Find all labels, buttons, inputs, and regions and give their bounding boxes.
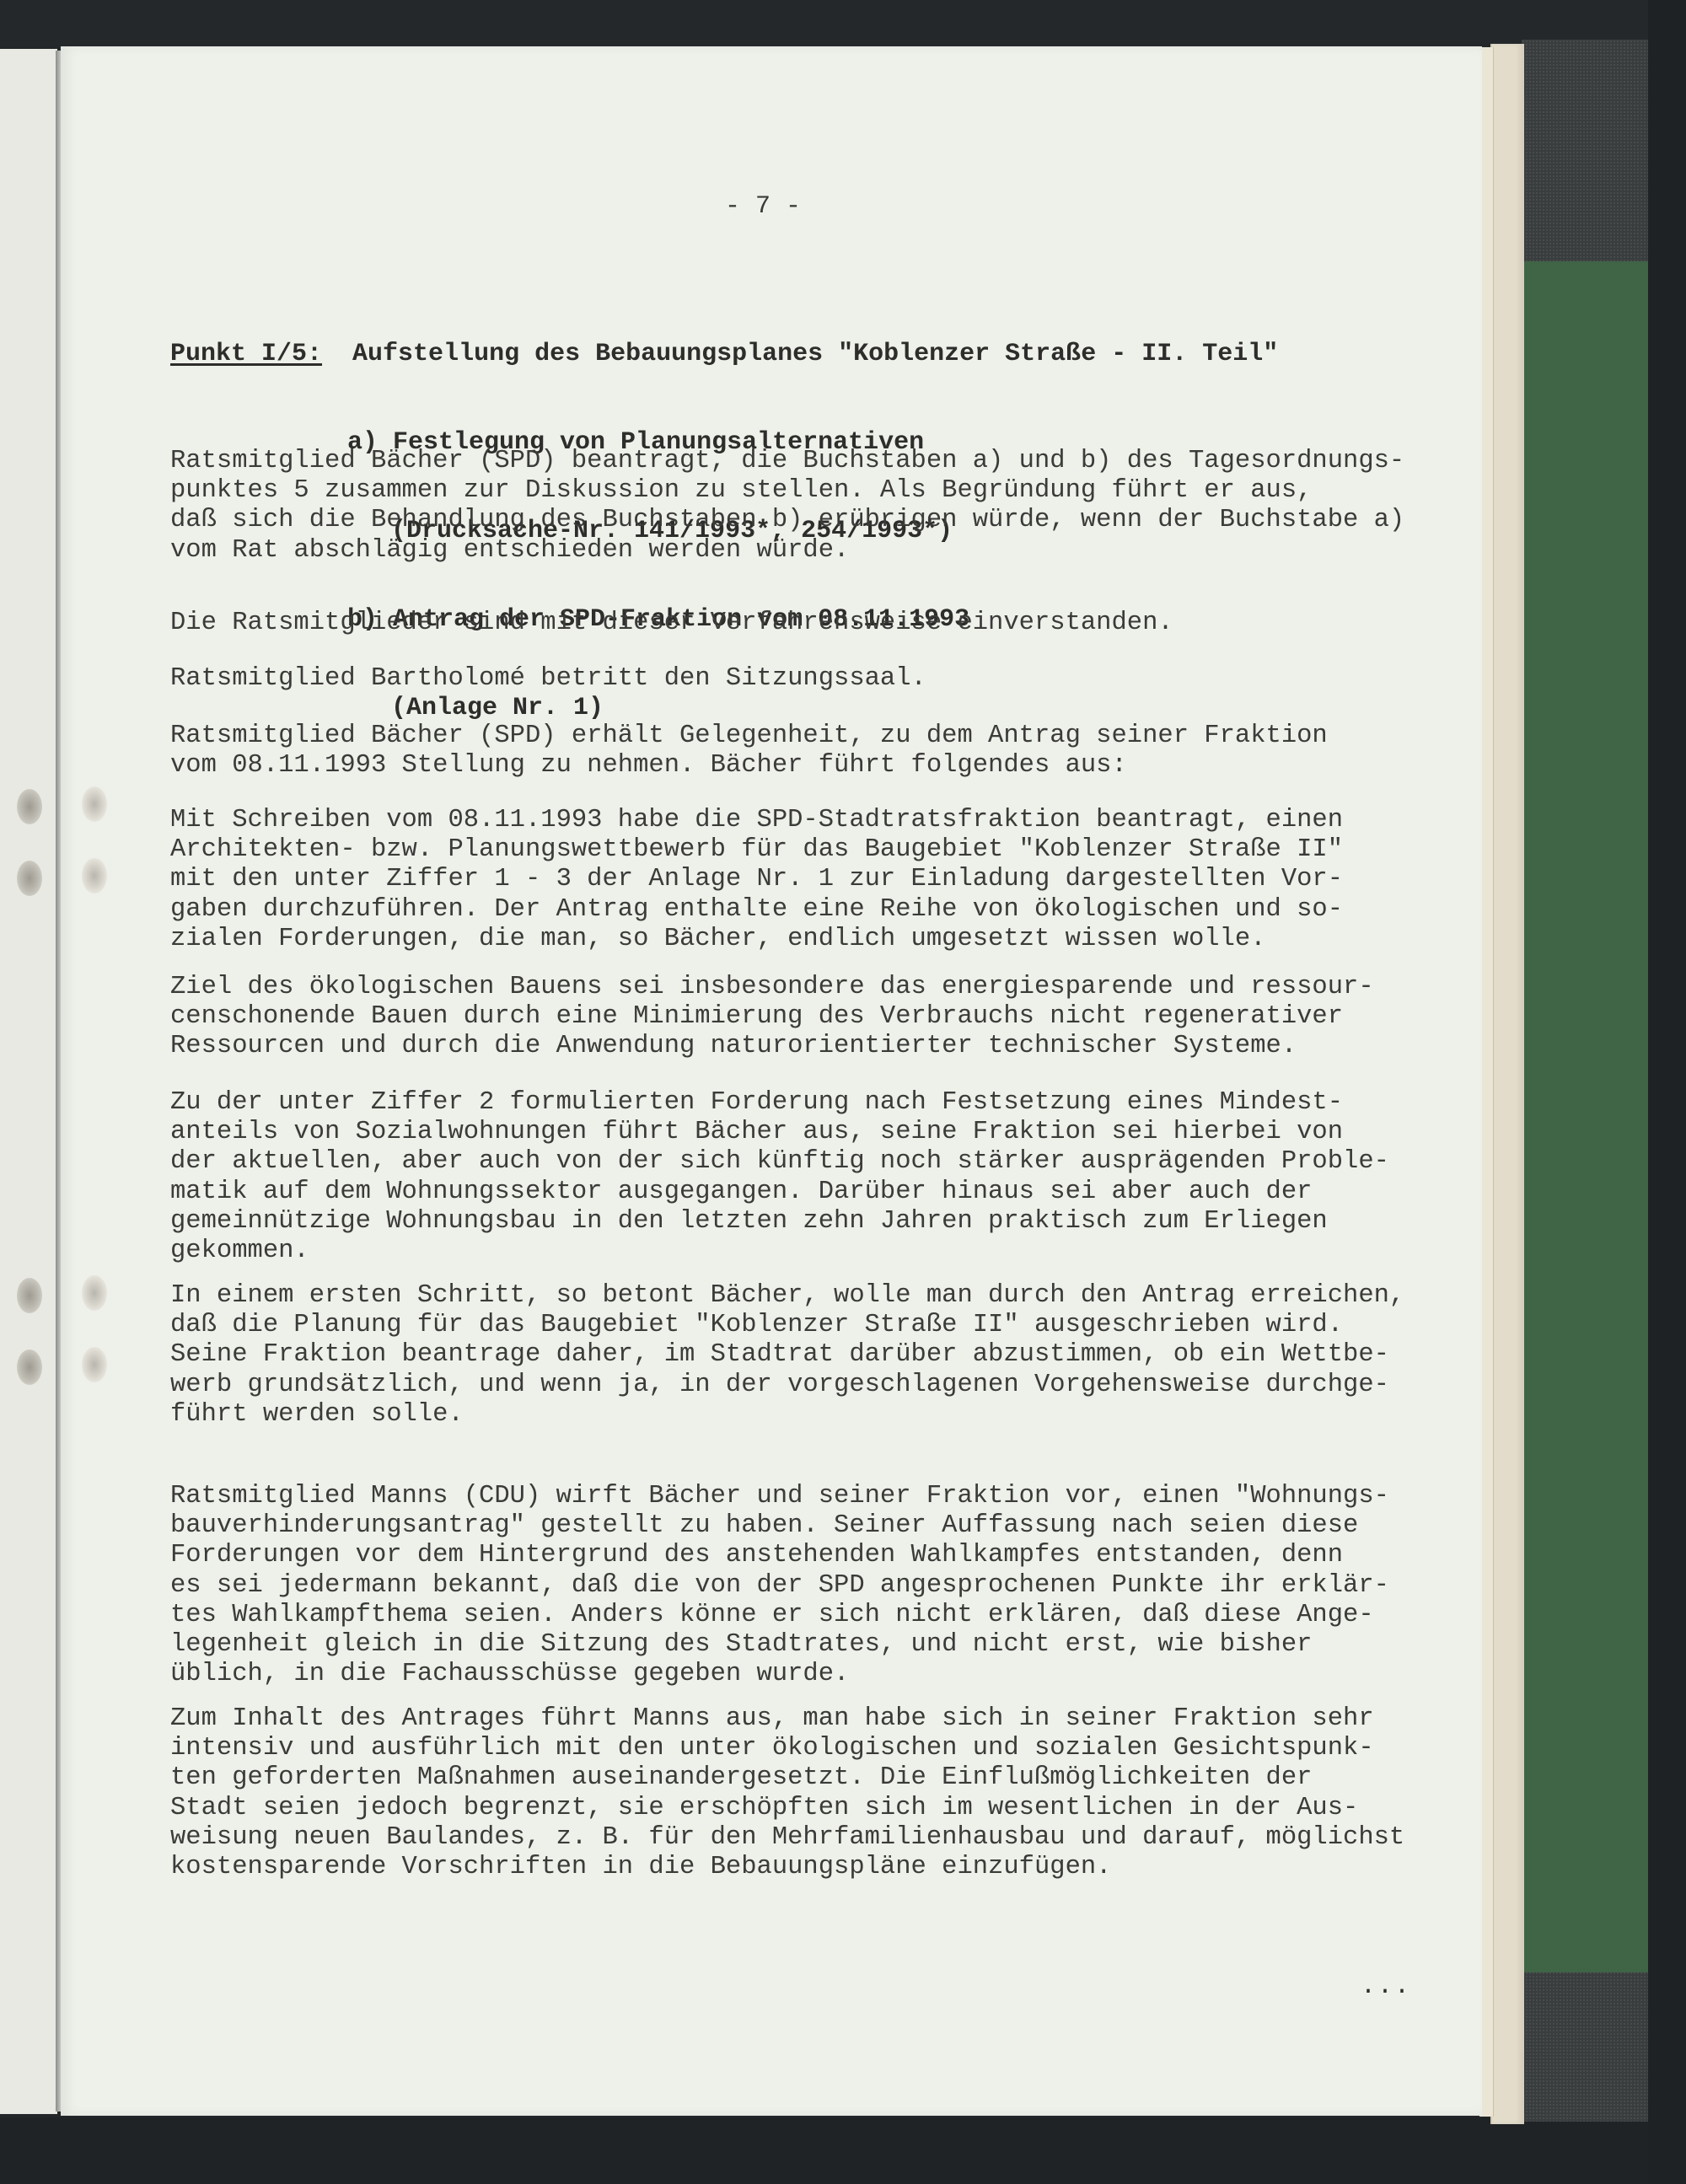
paragraph-line: punktes 5 zusammen zur Diskussion zu ste… xyxy=(170,476,1384,506)
punch-hole-icon xyxy=(82,1275,107,1311)
binder-cover-top xyxy=(0,0,1686,46)
paragraph-line: matik auf dem Wohnungssektor ausgegangen… xyxy=(170,1178,1384,1207)
paragraph: Die Ratsmitglieder sind mit dieser Verfa… xyxy=(170,609,1384,638)
paragraph-line: legenheit gleich in die Sitzung des Stad… xyxy=(170,1630,1384,1660)
binder-cover-bottom xyxy=(0,2117,1686,2184)
binder-green-cloth xyxy=(1522,261,1648,1972)
paragraph-line: Seine Fraktion beantrage daher, im Stadt… xyxy=(170,1340,1384,1370)
paragraph-line: daß die Planung für das Baugebiet "Koble… xyxy=(170,1311,1384,1340)
agenda-item-label: Punkt I/5: xyxy=(170,340,322,368)
paragraph-line: intensiv und ausführlich mit den unter ö… xyxy=(170,1734,1384,1763)
paragraph-line: In einem ersten Schritt, so betont Bäche… xyxy=(170,1281,1384,1311)
paragraph-line: mit den unter Ziffer 1 - 3 der Anlage Nr… xyxy=(170,865,1384,894)
paragraph-line: üblich, in die Fachausschüsse gegeben wu… xyxy=(170,1660,1384,1689)
paragraph: Ratsmitglied Manns (CDU) wirft Bächer un… xyxy=(170,1482,1384,1689)
punch-hole-icon xyxy=(82,858,107,893)
paragraph-line: Zu der unter Ziffer 2 formulierten Forde… xyxy=(170,1088,1384,1118)
paragraph-line: Ratsmitglied Bächer (SPD) beantragt, die… xyxy=(170,447,1384,476)
paragraph-line: weisung neuen Baulandes, z. B. für den M… xyxy=(170,1823,1384,1853)
punch-hole-icon xyxy=(17,1278,42,1313)
page-stack-edge xyxy=(1490,44,1524,2124)
paragraph: In einem ersten Schritt, so betont Bäche… xyxy=(170,1281,1384,1430)
paragraph-line: Ressourcen und durch die Anwendung natur… xyxy=(170,1032,1384,1061)
paragraph-line: kostensparende Vorschriften in die Bebau… xyxy=(170,1853,1384,1882)
paragraph-line: censchonende Bauen durch eine Minimierun… xyxy=(170,1002,1384,1032)
paragraph: Zum Inhalt des Antrages führt Manns aus,… xyxy=(170,1704,1384,1882)
paragraph-line: daß sich die Behandlung des Buchstaben b… xyxy=(170,506,1384,535)
paragraph-line: Architekten- bzw. Planungswettbewerb für… xyxy=(170,835,1384,865)
paragraph-line: führt werden solle. xyxy=(170,1400,1384,1430)
paragraph-line: Ratsmitglied Bächer (SPD) erhält Gelegen… xyxy=(170,722,1384,751)
page-number: - 7 - xyxy=(725,192,801,221)
punch-hole-icon xyxy=(82,1347,107,1382)
paragraph-line: Mit Schreiben vom 08.11.1993 habe die SP… xyxy=(170,806,1384,835)
paragraph: Zu der unter Ziffer 2 formulierten Forde… xyxy=(170,1088,1384,1266)
paragraph-line: Die Ratsmitglieder sind mit dieser Verfa… xyxy=(170,609,1384,638)
paragraph-line: vom Rat abschlägig entschieden werden wü… xyxy=(170,536,1384,566)
punch-hole-icon xyxy=(17,1350,42,1385)
agenda-item-title: Aufstellung des Bebauungsplanes "Koblenz… xyxy=(352,340,1278,368)
heading-line-main: Punkt I/5: Aufstellung des Bebauungsplan… xyxy=(170,340,1278,369)
punch-hole-icon xyxy=(17,861,42,896)
paragraph-line: Ziel des ökologischen Bauens sei insbeso… xyxy=(170,973,1384,1002)
paragraph: Ratsmitglied Bächer (SPD) erhält Gelegen… xyxy=(170,722,1384,781)
paragraph-line: gemeinnützige Wohnungsbau in den letzten… xyxy=(170,1207,1384,1237)
paragraph: Ziel des ökologischen Bauens sei insbeso… xyxy=(170,973,1384,1062)
continuation-mark: ... xyxy=(1361,1972,1411,2001)
paragraph-line: anteils von Sozialwohnungen führt Bächer… xyxy=(170,1118,1384,1147)
heading-subitem-b-ref: (Anlage Nr. 1) xyxy=(170,694,1278,723)
paragraph-line: tes Wahlkampfthema seien. Anders könne e… xyxy=(170,1601,1384,1630)
paragraph-line: Ratsmitglied Bartholomé betritt den Sitz… xyxy=(170,664,1384,694)
paragraph-line: es sei jedermann bekannt, daß die von de… xyxy=(170,1571,1384,1601)
paragraph-line: gekommen. xyxy=(170,1237,1384,1266)
paragraph: Ratsmitglied Bächer (SPD) beantragt, die… xyxy=(170,447,1384,566)
paragraph-line: zialen Forderungen, die man, so Bächer, … xyxy=(170,925,1384,954)
paragraph: Mit Schreiben vom 08.11.1993 habe die SP… xyxy=(170,806,1384,954)
paragraph-line: gaben durchzuführen. Der Antrag enthalte… xyxy=(170,895,1384,925)
paragraph-line: Stadt seien jedoch begrenzt, sie erschöp… xyxy=(170,1794,1384,1823)
binder-cover-edge xyxy=(1648,0,1686,2184)
punch-hole-icon xyxy=(82,786,107,822)
paragraph-line: Forderungen vor dem Hintergrund des anst… xyxy=(170,1541,1384,1570)
paragraph-line: Ratsmitglied Manns (CDU) wirft Bächer un… xyxy=(170,1482,1384,1511)
paragraph-line: der aktuellen, aber auch von der sich kü… xyxy=(170,1147,1384,1177)
paragraph-line: ten geforderten Maßnahmen auseinanderges… xyxy=(170,1763,1384,1793)
punch-hole-icon xyxy=(17,789,42,824)
paragraph-line: bauverhinderungsantrag" gestellt zu habe… xyxy=(170,1511,1384,1541)
paragraph: Ratsmitglied Bartholomé betritt den Sitz… xyxy=(170,664,1384,694)
paragraph-line: vom 08.11.1993 Stellung zu nehmen. Bäche… xyxy=(170,751,1384,781)
paragraph-line: werb grundsätzlich, und wenn ja, in der … xyxy=(170,1371,1384,1400)
paragraph-line: Zum Inhalt des Antrages führt Manns aus,… xyxy=(170,1704,1384,1734)
left-page-sliver xyxy=(0,49,57,2114)
